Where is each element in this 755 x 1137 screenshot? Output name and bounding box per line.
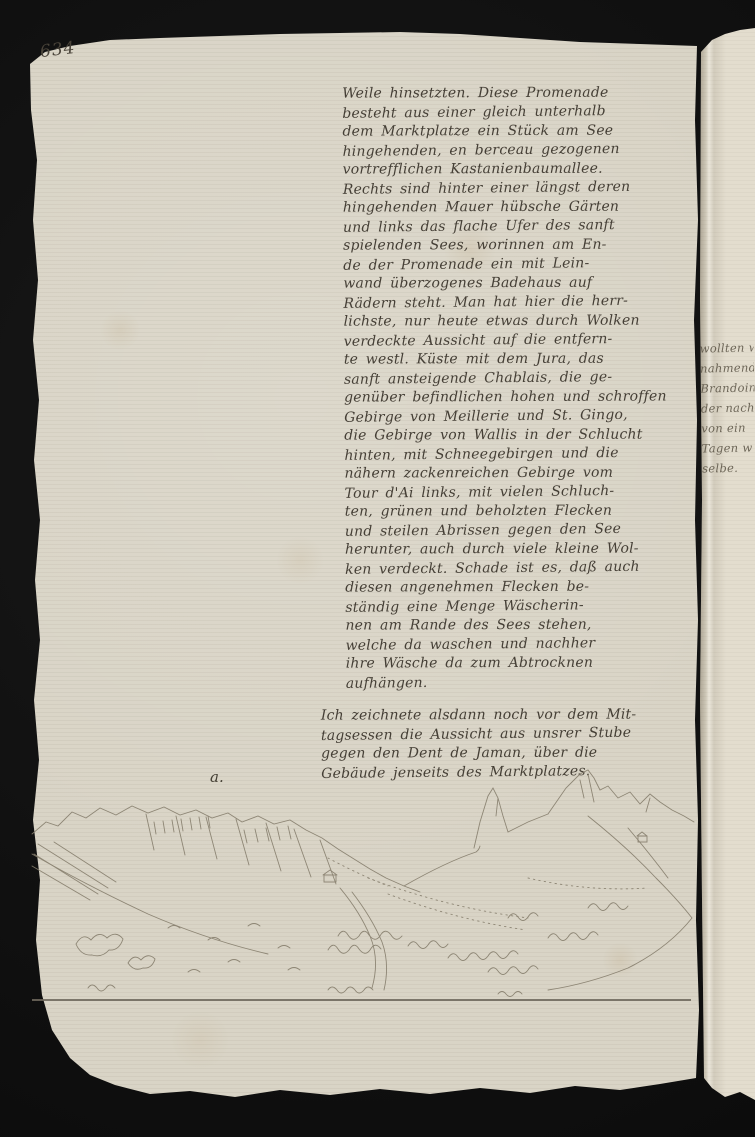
text-line: hingehenden, en berceau gezogenen — [342, 139, 698, 162]
main-peaks — [548, 770, 694, 822]
page-number: 634 — [39, 38, 77, 62]
vegetation-scribble — [588, 903, 628, 911]
text-line: dem Marktplatze ein Stück am See — [342, 121, 698, 141]
text-line: die Gebirge von Wallis in der Schlucht — [344, 425, 700, 445]
vegetation-scribble — [328, 945, 381, 953]
vegetation-scribble — [448, 951, 518, 961]
text-line: genüber befindlichen hohen und schroffen — [344, 387, 700, 407]
vegetation-scribble — [488, 966, 538, 975]
left-ridge-line — [32, 806, 420, 892]
text-line: diesen angenehmen Flecken be- — [345, 577, 701, 597]
text-line: ständig eine Menge Wäscherin- — [345, 595, 701, 618]
cliff-faces — [146, 814, 336, 884]
text-line: de der Promenade ein mit Lein- — [343, 253, 699, 276]
text-line: lichste, nur heute etwas durch Wolken — [344, 311, 700, 331]
text-line: Rechts sind hinter einer längst deren — [343, 177, 699, 200]
background-ridge — [404, 846, 480, 886]
meadow-tufts — [168, 924, 300, 973]
foreground-slope — [32, 854, 268, 954]
text-line: herunter, auch durch viele kleine Wol- — [345, 539, 701, 559]
text-line: vortrefflichen Kastanienbaumallee. — [343, 159, 699, 179]
text-line: ihre Wäsche da zum Abtrocknen — [346, 653, 702, 673]
marginal-text-fragment: Brandoin — [700, 377, 754, 398]
marginal-text-fragment: Tagen w — [702, 437, 755, 458]
text-line: nen am Rande des Sees stehen, — [345, 615, 701, 635]
foreground-bushes — [76, 934, 155, 969]
text-line: Gebirge von Meillerie und St. Gingo, — [344, 405, 700, 428]
facing-page-text-fragments: wollten wnahmendBrandoinder nachvon einT… — [699, 337, 755, 490]
marginal-text-fragment: von ein — [701, 417, 755, 438]
spire-peak — [474, 788, 548, 848]
mountain-landscape-sketch — [28, 758, 696, 1008]
vegetation-scribble — [548, 932, 598, 941]
marginal-text-fragment: selbe. — [702, 457, 755, 478]
marginal-text-fragment: nahmend — [700, 357, 754, 378]
marginal-text-fragment: wollten w — [699, 337, 753, 358]
text-line: nähern zackenreichen Gebirge vom — [344, 463, 700, 483]
text-line: ken verdeckt. Schade ist es, daß auch — [345, 557, 701, 580]
text-line: Rädern steht. Man hat hier die herr- — [343, 291, 699, 314]
vegetation-scribble — [508, 913, 538, 921]
text-line: hinten, mit Schneegebirgen und die — [344, 443, 700, 466]
text-line: und links das flache Ufer des sanft — [343, 215, 699, 238]
text-line: aufhängen. — [346, 671, 702, 694]
text-line: hingehenden Mauer hübsche Gärten — [343, 197, 699, 217]
vegetation-scribble — [408, 941, 448, 949]
text-line: tagsessen die Aussicht aus unsrer Stube — [321, 723, 701, 746]
text-line: Tour d'Ai links, mit vielen Schluch- — [345, 481, 701, 504]
text-line: sanft ansteigende Chablais, die ge- — [344, 367, 700, 390]
hut — [323, 832, 647, 882]
peak-detail — [580, 774, 650, 812]
text-line: besteht aus einer gleich unterhalb — [342, 101, 698, 124]
manuscript-scan: { "page": { "number": "634", "figure_lab… — [0, 0, 755, 1137]
text-line: welche da waschen und nachher — [345, 633, 701, 656]
text-line: wand überzogenes Badehaus auf — [343, 273, 699, 293]
text-line: te westl. Küste mit dem Jura, das — [344, 349, 700, 369]
marginal-text-fragment: der nach — [701, 397, 755, 418]
stream — [340, 888, 387, 990]
text-line: und steilen Abrissen gegen den See — [345, 519, 701, 542]
vineyard-rows — [32, 842, 116, 900]
text-line: verdeckte Aussicht auf die entfern- — [344, 329, 700, 352]
text-line: ten, grünen und beholzten Flecken — [345, 501, 701, 521]
forest-edge — [548, 816, 692, 990]
baseline-scrub — [88, 985, 522, 997]
slope-texture — [328, 858, 648, 930]
handwritten-paragraph-1: Weile hinsetzten. Diese Promenadebesteht… — [342, 83, 702, 693]
cliff-hatching — [154, 816, 291, 843]
text-line: Weile hinsetzten. Diese Promenade — [342, 83, 698, 103]
text-line: spielenden Sees, worinnen am En- — [343, 235, 699, 255]
